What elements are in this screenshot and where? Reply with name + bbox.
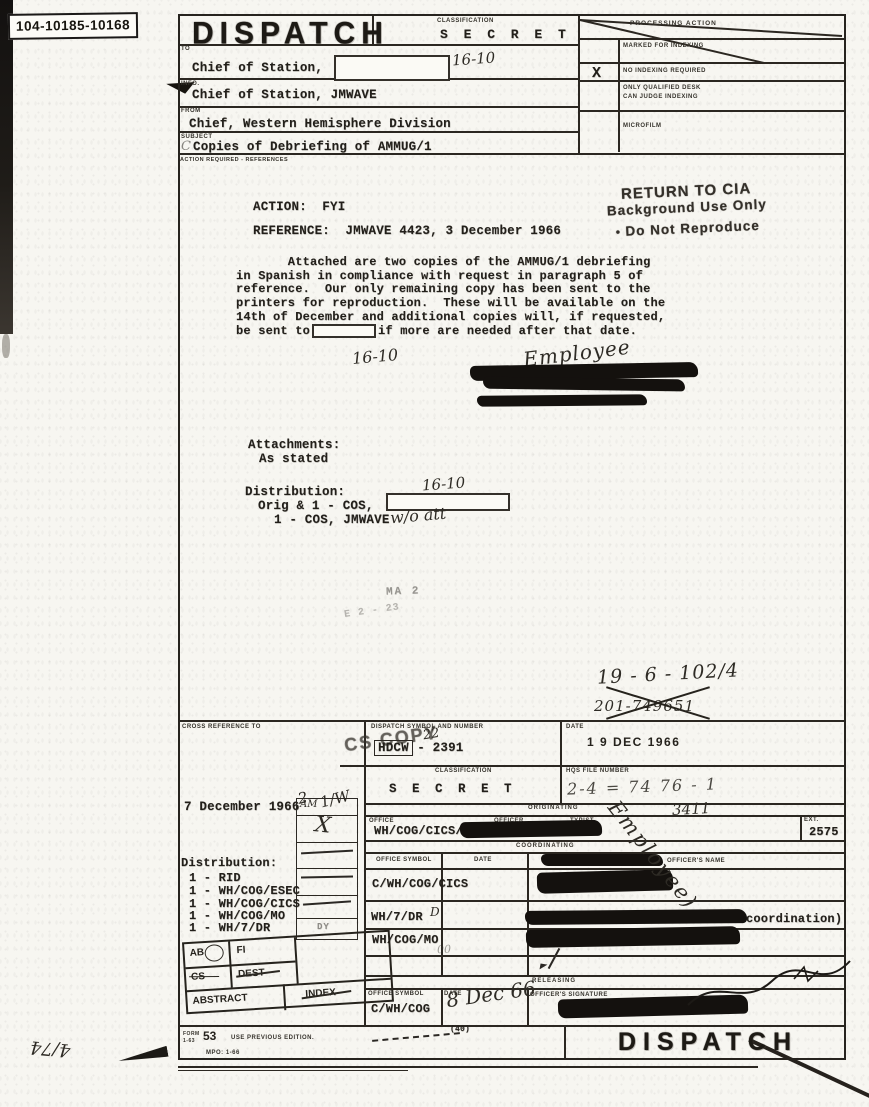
distribution-label-top: Distribution: xyxy=(245,485,345,499)
office-value: WH/COG/CICS/ xyxy=(374,824,463,838)
distribution-label-bottom: Distribution: xyxy=(181,856,277,870)
processing-x-mark: X xyxy=(592,65,601,82)
paragraph-line: Attached are two copies of the AMMUG/1 d… xyxy=(236,256,665,270)
info-value: Chief of Station, JMWAVE xyxy=(192,88,377,102)
distribution-item: 1 - RID xyxy=(189,871,241,885)
paragraph-line-pre: be sent to xyxy=(236,324,310,338)
rel-office-symbol-value: C/WH/COG xyxy=(371,1002,430,1016)
processing-row3b-label: CAN JUDGE INDEXING xyxy=(623,94,698,100)
form-line xyxy=(578,110,844,112)
coord-row2-symbol: WH/7/DR xyxy=(371,910,423,924)
form-line xyxy=(180,720,844,722)
form-line xyxy=(180,1025,844,1027)
mpo-label: MPO: 1-66 xyxy=(206,1050,240,1056)
processing-action-label: PROCESSING ACTION xyxy=(630,20,717,27)
scan-wedge-mark xyxy=(117,1046,168,1066)
stamp-circle-mark xyxy=(204,944,224,962)
coord-date-label: DATE xyxy=(474,857,492,863)
paragraph-line-post: if more are needed after that date. xyxy=(378,324,637,338)
releasing-label: RELEASING xyxy=(532,978,576,984)
return-to-cia-stamp: RETURN TO CIA Background Use Only • Do N… xyxy=(597,179,777,242)
form-line xyxy=(364,900,844,902)
paragraph-line: in Spanish in compliance with request in… xyxy=(236,270,665,284)
from-value: Chief, Western Hemisphere Division xyxy=(189,117,451,131)
rel-office-symbol-label: OFFICE SYMBOL xyxy=(368,991,424,997)
ext-value: 2575 xyxy=(809,825,839,839)
form-number: 53 xyxy=(203,1029,216,1043)
distribution-line-1: Orig & 1 - COS, xyxy=(258,499,374,513)
stamp-bullet: • xyxy=(615,225,621,239)
distribution-note-16-10: 16-10 xyxy=(421,474,465,495)
stamp-cell-ab: AB xyxy=(189,947,204,959)
hqs-file-number-label: HQS FILE NUMBER xyxy=(566,768,629,774)
paragraph-line: reference. Our only remaining copy has b… xyxy=(236,283,665,297)
distribution-item: 1 - WH/7/DR xyxy=(189,921,270,935)
redaction-bar xyxy=(460,820,602,838)
routing-stamp-box: AB FI CS DEST ABSTRACT INDEX xyxy=(182,930,394,1015)
form-edition-label: 1-63 xyxy=(183,1038,195,1044)
form-line xyxy=(564,1025,566,1058)
form-line xyxy=(296,842,358,843)
grid-note-dy: DY xyxy=(317,922,330,932)
action-line: ACTION: FYI xyxy=(253,200,345,214)
scan-rule xyxy=(178,1066,758,1068)
redaction-bar xyxy=(477,394,647,406)
date-label: DATE xyxy=(566,724,584,730)
coordinating-label: COORDINATING xyxy=(516,843,575,849)
form-line xyxy=(364,803,844,805)
record-number: 104-10185-10168 xyxy=(16,17,130,34)
form-line xyxy=(340,765,844,767)
scan-edge-stripe-tail xyxy=(2,334,10,358)
form-line xyxy=(364,868,844,870)
ext-label: EXT. xyxy=(804,817,819,823)
form-line xyxy=(441,852,443,975)
from-label: FROM xyxy=(181,108,201,114)
grid-note-x: X xyxy=(314,812,332,839)
dispatch-symbol-box: HDCW xyxy=(374,740,413,756)
info-label: INFO. xyxy=(181,81,200,87)
form-line xyxy=(560,720,562,803)
corner-handwritten-note: 4/74 xyxy=(29,1036,71,1060)
to-value: Chief of Station, xyxy=(192,61,323,75)
subject-value: Copies of Debriefing of AMMUG/1 xyxy=(193,140,432,154)
faint-stamp-mark: MA 2 xyxy=(386,585,421,598)
attachments-label: Attachments: xyxy=(248,438,340,452)
classification-label: CLASSIFICATION xyxy=(437,18,494,24)
form-line xyxy=(296,868,358,869)
coord-row3-symbol: WH/COG/MO xyxy=(372,933,439,947)
record-number-box: 104-10185-10168 xyxy=(8,12,138,40)
scan-rule xyxy=(178,1070,408,1071)
to-handwritten-note: 16-10 xyxy=(451,49,495,70)
originating-label: ORIGINATING xyxy=(528,805,579,811)
typed-date: 7 December 1966 xyxy=(184,800,300,814)
stamp-strike xyxy=(189,976,219,978)
dispatch-symbol-note: 22 xyxy=(422,726,441,744)
attachments-value: As stated xyxy=(259,452,328,466)
reference-line: REFERENCE: JMWAVE 4423, 3 December 1966 xyxy=(253,224,561,238)
form-line xyxy=(296,918,358,919)
classification-label-bottom: CLASSIFICATION xyxy=(435,768,492,774)
classification-value: S E C R E T xyxy=(440,27,570,42)
coord-row1-symbol: C/WH/COG/CICS xyxy=(372,877,468,891)
form-line xyxy=(800,815,802,840)
hand-arrow-head xyxy=(540,963,548,970)
scanned-dispatch-document: 104-10185-10168 4/74 DISPATCH CLASSIFICA… xyxy=(0,0,869,1107)
coord-row2-suffix: D xyxy=(430,905,440,919)
redaction-bar xyxy=(525,909,747,925)
scan-edge-stripe xyxy=(0,0,13,334)
body-paragraph: Attached are two copies of the AMMUG/1 d… xyxy=(236,256,665,338)
paragraph-line: printers for reproduction. These will be… xyxy=(236,297,665,311)
dispatch-symbol-value: HDCW - 2391 xyxy=(374,738,463,756)
processing-row1-label: MARKED FOR INDEXING xyxy=(623,43,704,49)
redaction-bar xyxy=(526,926,740,948)
form-line xyxy=(578,80,844,82)
dispatch-footer-title: DISPATCH xyxy=(588,1028,828,1057)
form-line xyxy=(180,106,578,108)
form-line xyxy=(364,815,844,817)
form-title: DISPATCH xyxy=(192,16,389,51)
originating-note: 3411 xyxy=(672,799,711,819)
form-line xyxy=(364,840,844,842)
distribution-line-2: 1 - COS, JMWAVE xyxy=(274,513,390,527)
distribution-item: 1 - WH/COG/ESEC xyxy=(189,884,300,898)
stamp-line-3: Do Not Reproduce xyxy=(625,218,760,239)
to-label: TO xyxy=(181,46,190,52)
processing-row3a-label: ONLY QUALIFIED DESK xyxy=(623,85,701,91)
date-value: 1 9 DEC 1966 xyxy=(587,735,680,749)
stamp-cell-abstract: ABSTRACT xyxy=(192,993,248,1007)
office-symbol-label: OFFICE SYMBOL xyxy=(376,857,432,863)
subject-prefix-mark: C xyxy=(181,139,191,154)
paragraph-line: 14th of December and additional copies w… xyxy=(236,311,665,325)
coord-row2-note: coordination) xyxy=(746,912,842,926)
processing-row4-label: MICROFILM xyxy=(623,123,662,129)
signature-squiggle xyxy=(684,953,856,1017)
action-required-label: ACTION REQUIRED - REFERENCES xyxy=(180,157,288,163)
form-word-label: FORM xyxy=(183,1031,200,1037)
form-line xyxy=(180,131,578,133)
cross-reference-label: CROSS REFERENCE TO xyxy=(182,724,261,730)
grid-note-am: AM xyxy=(300,799,317,810)
page-note: (40) xyxy=(450,1025,470,1034)
handwritten-16-10: 16-10 xyxy=(351,345,399,368)
rel-signature-label: OFFICER'S SIGNATURE xyxy=(530,992,608,998)
stamp-cell-fi: FI xyxy=(236,945,246,957)
officers-name-label: OFFICER'S NAME xyxy=(667,858,725,864)
form-line xyxy=(296,895,358,896)
redaction-box-inline xyxy=(312,324,376,338)
redaction-box-to xyxy=(334,55,450,81)
processing-row2-label: NO INDEXING REQUIRED xyxy=(623,68,706,74)
use-previous-edition-label: USE PREVIOUS EDITION. xyxy=(231,1035,314,1041)
form-line xyxy=(441,988,443,1025)
classification-value-bottom: S E C R E T xyxy=(389,782,516,796)
coord-row3-faint-mark: 00 xyxy=(437,942,451,955)
